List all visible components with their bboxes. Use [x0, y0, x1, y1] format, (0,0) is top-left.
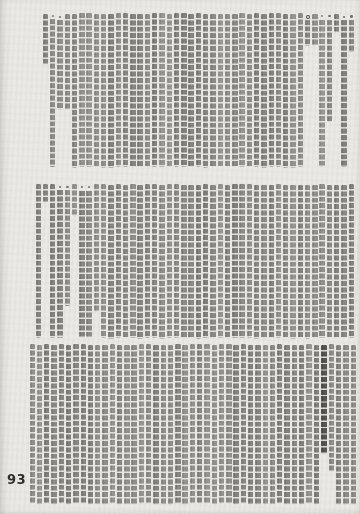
- text-column: [159, 13, 164, 167]
- text-column: [341, 14, 346, 168]
- text-column: [79, 184, 84, 338]
- text-column: [203, 184, 208, 338]
- text-column: [131, 345, 136, 505]
- text-column: [305, 14, 310, 46]
- text-column: [43, 184, 48, 203]
- text-column: [276, 13, 281, 167]
- text-column: [139, 344, 144, 504]
- text-column: [108, 185, 113, 339]
- text-column: [101, 184, 106, 338]
- text-column: [298, 13, 303, 167]
- text-column: [72, 14, 77, 168]
- text-column: [312, 14, 317, 46]
- text-column: [50, 184, 55, 338]
- text-column: [190, 344, 195, 504]
- text-column: [218, 14, 223, 168]
- text-column: [305, 185, 310, 339]
- text-column: [312, 185, 317, 339]
- text-column: [254, 185, 259, 339]
- text-column: [254, 13, 259, 167]
- text-column: [117, 345, 122, 505]
- text-column: [290, 185, 295, 339]
- text-column: [43, 14, 48, 65]
- text-column: [263, 345, 268, 505]
- text-column: [210, 14, 215, 168]
- text-column: [124, 345, 129, 505]
- text-column: [181, 185, 186, 339]
- text-column: [314, 345, 319, 505]
- text-column: [81, 344, 86, 504]
- text-column: [327, 13, 332, 122]
- text-column: [283, 14, 288, 168]
- text-column: [196, 185, 201, 339]
- text-column: [306, 344, 311, 504]
- text-column: [145, 14, 150, 168]
- text-column: [116, 184, 121, 338]
- text-column: [319, 13, 324, 167]
- text-column: [88, 345, 93, 505]
- text-column: [101, 14, 106, 168]
- text-column: [110, 344, 115, 504]
- text-column: [239, 184, 244, 338]
- text-column: [167, 14, 172, 168]
- text-column: [174, 13, 179, 167]
- text-column: [94, 184, 99, 312]
- text-column: [292, 345, 297, 505]
- text-column: [167, 184, 172, 338]
- text-column: [137, 185, 142, 339]
- text-column: [153, 345, 158, 505]
- text-column: [210, 185, 215, 339]
- text-column: [65, 14, 70, 110]
- text-column: [349, 14, 354, 52]
- text-column: [349, 184, 354, 338]
- text-band-2: [28, 184, 354, 336]
- text-column: [351, 345, 356, 505]
- text-column: [86, 184, 91, 338]
- text-column: [79, 13, 84, 167]
- text-column: [334, 185, 339, 339]
- text-column: [277, 344, 282, 504]
- text-column: [123, 13, 128, 167]
- text-column: [341, 185, 346, 339]
- text-column: [145, 184, 150, 338]
- text-column: [329, 344, 334, 472]
- text-column: [36, 184, 41, 338]
- text-column: [248, 345, 253, 505]
- text-column: [130, 14, 135, 168]
- text-column: [175, 344, 180, 504]
- text-column: [182, 345, 187, 505]
- text-column: [116, 13, 121, 167]
- text-column: [203, 14, 208, 168]
- text-column: [188, 14, 193, 168]
- text-column: [284, 345, 289, 505]
- text-column: [65, 184, 70, 306]
- text-column: [188, 185, 193, 339]
- text-column: [44, 344, 49, 504]
- page-number: 93: [7, 473, 26, 488]
- text-column: [30, 344, 35, 504]
- text-column: [130, 184, 135, 338]
- text-column: [299, 345, 304, 505]
- text-column: [319, 184, 324, 338]
- text-column: [232, 184, 237, 338]
- text-column: [181, 13, 186, 167]
- text-column: [321, 345, 327, 454]
- text-column: [269, 185, 274, 339]
- text-column: [94, 14, 99, 168]
- text-column: [146, 344, 151, 504]
- text-column: [95, 345, 100, 505]
- text-column: [298, 185, 303, 339]
- text-column: [261, 14, 266, 168]
- text-column: [123, 185, 128, 339]
- text-column: [334, 14, 339, 33]
- text-column: [247, 14, 252, 168]
- text-column: [239, 13, 244, 167]
- text-column: [161, 345, 166, 505]
- text-column: [137, 14, 142, 168]
- text-column: [57, 184, 62, 338]
- text-column: [73, 344, 78, 504]
- text-column: [226, 344, 231, 504]
- text-column: [343, 345, 348, 505]
- text-column: [336, 345, 341, 505]
- text-column: [152, 13, 157, 167]
- text-column: [196, 13, 201, 167]
- text-band-1: [28, 13, 354, 171]
- text-column: [276, 184, 281, 338]
- text-column: [290, 14, 295, 168]
- text-column: [37, 345, 42, 505]
- text-column: [269, 13, 274, 167]
- text-column: [174, 184, 179, 338]
- text-column: [152, 184, 157, 338]
- text-column: [219, 344, 224, 504]
- text-column: [218, 184, 223, 338]
- text-column: [233, 345, 238, 505]
- text-column: [241, 344, 246, 504]
- text-column: [327, 185, 332, 339]
- text-column: [197, 344, 202, 504]
- text-column: [261, 185, 266, 339]
- text-column: [159, 185, 164, 339]
- text-column: [51, 345, 56, 505]
- text-column: [108, 14, 113, 168]
- text-column: [225, 185, 230, 339]
- text-column: [102, 345, 107, 505]
- text-column: [255, 345, 260, 505]
- text-column: [247, 184, 252, 338]
- text-column: [86, 13, 91, 167]
- text-column: [270, 345, 275, 505]
- scanned-page: 93: [0, 0, 360, 514]
- text-column: [59, 344, 64, 504]
- text-column: [66, 345, 71, 505]
- text-column: [57, 14, 62, 110]
- text-column: [204, 344, 209, 504]
- text-column: [212, 345, 217, 505]
- text-column: [72, 184, 77, 216]
- text-column: [232, 14, 237, 168]
- text-band-3: [28, 344, 356, 506]
- text-column: [168, 345, 173, 505]
- text-column: [50, 13, 55, 167]
- text-column: [225, 14, 230, 168]
- text-column: [283, 185, 288, 339]
